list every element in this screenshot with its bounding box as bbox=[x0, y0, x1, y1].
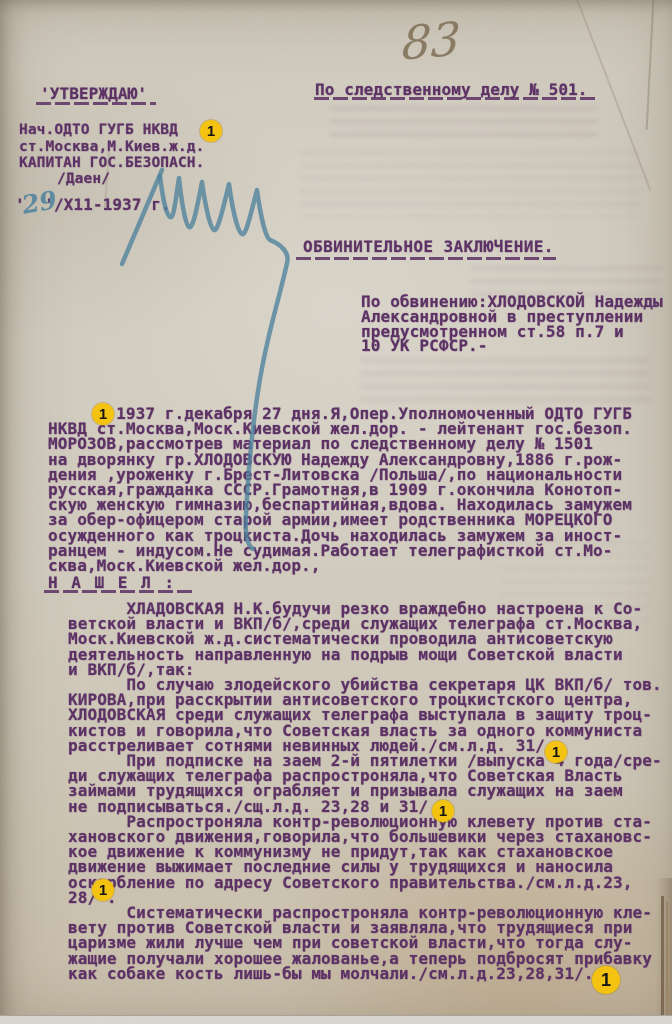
found-heading-underline bbox=[44, 590, 192, 593]
handwritten-page-number: 83 bbox=[401, 11, 462, 71]
accusation-block: По обвинению:ХЛОДОВСКОЙ Надежды Александ… bbox=[361, 295, 663, 354]
annotation-badge-1[interactable]: 1 bbox=[200, 120, 222, 142]
case-reference-underline bbox=[314, 97, 598, 100]
annotation-badge-2[interactable]: 1 bbox=[92, 403, 114, 425]
paragraph-loan: При подписке на заем 2-й пятилетки /выпу… bbox=[68, 753, 662, 814]
paragraph-intro: ХЛАДОВСКАЯ Н.К.будучи резко враждебно на… bbox=[68, 601, 662, 677]
bleed-through-smudge bbox=[330, 106, 598, 142]
paragraph-stakhanov: Распростроняла контр-революционную клеве… bbox=[68, 814, 662, 905]
preamble-paragraph: 1937 г.декабря 27 дня.Я,Опер.Уполномочен… bbox=[48, 406, 632, 573]
annotation-badge-5[interactable]: 1 bbox=[92, 879, 114, 901]
document-title: ОБВИНИТЕЛЬНОЕ ЗАКЛЮЧЕНИЕ. bbox=[303, 237, 554, 256]
handwritten-date-day: 29 bbox=[20, 185, 59, 220]
approver-title-line: Нач.ОДТО ГУГБ НКВД bbox=[19, 122, 178, 138]
annotation-badge-6[interactable]: 1 bbox=[592, 966, 620, 994]
paragraph-kirov: По случаю злодейского убийства секретаря… bbox=[68, 677, 662, 753]
document-scan-page: 83 'УТВЕРЖДАЮ' По следственному делу № 5… bbox=[0, 0, 672, 1024]
approve-underline bbox=[36, 102, 156, 105]
approve-stamp: 'УТВЕРЖДАЮ' bbox=[40, 84, 147, 103]
paper-crease bbox=[646, 0, 655, 130]
approver-name: /Даен/ bbox=[57, 171, 110, 187]
paragraph-tsarism: Систематически распростроняла контр-рево… bbox=[68, 905, 662, 981]
body-paragraphs: ХЛАДОВСКАЯ Н.К.будучи резко враждебно на… bbox=[68, 601, 662, 981]
page-edge-bottom bbox=[0, 1015, 672, 1024]
bleed-through-smudge bbox=[300, 150, 640, 218]
approver-title-line: КАПИТАН ГОС.БЕЗОПАСН. bbox=[19, 155, 204, 171]
annotation-badge-3[interactable]: 1 bbox=[545, 741, 567, 763]
annotation-badge-4[interactable]: 1 bbox=[432, 800, 454, 822]
page-edge-right-line bbox=[666, 902, 668, 1018]
title-underline bbox=[296, 257, 556, 260]
bleed-through-smudge bbox=[360, 358, 650, 404]
approver-title-line: ст.Москва,М.Киев.ж.д. bbox=[19, 139, 204, 155]
